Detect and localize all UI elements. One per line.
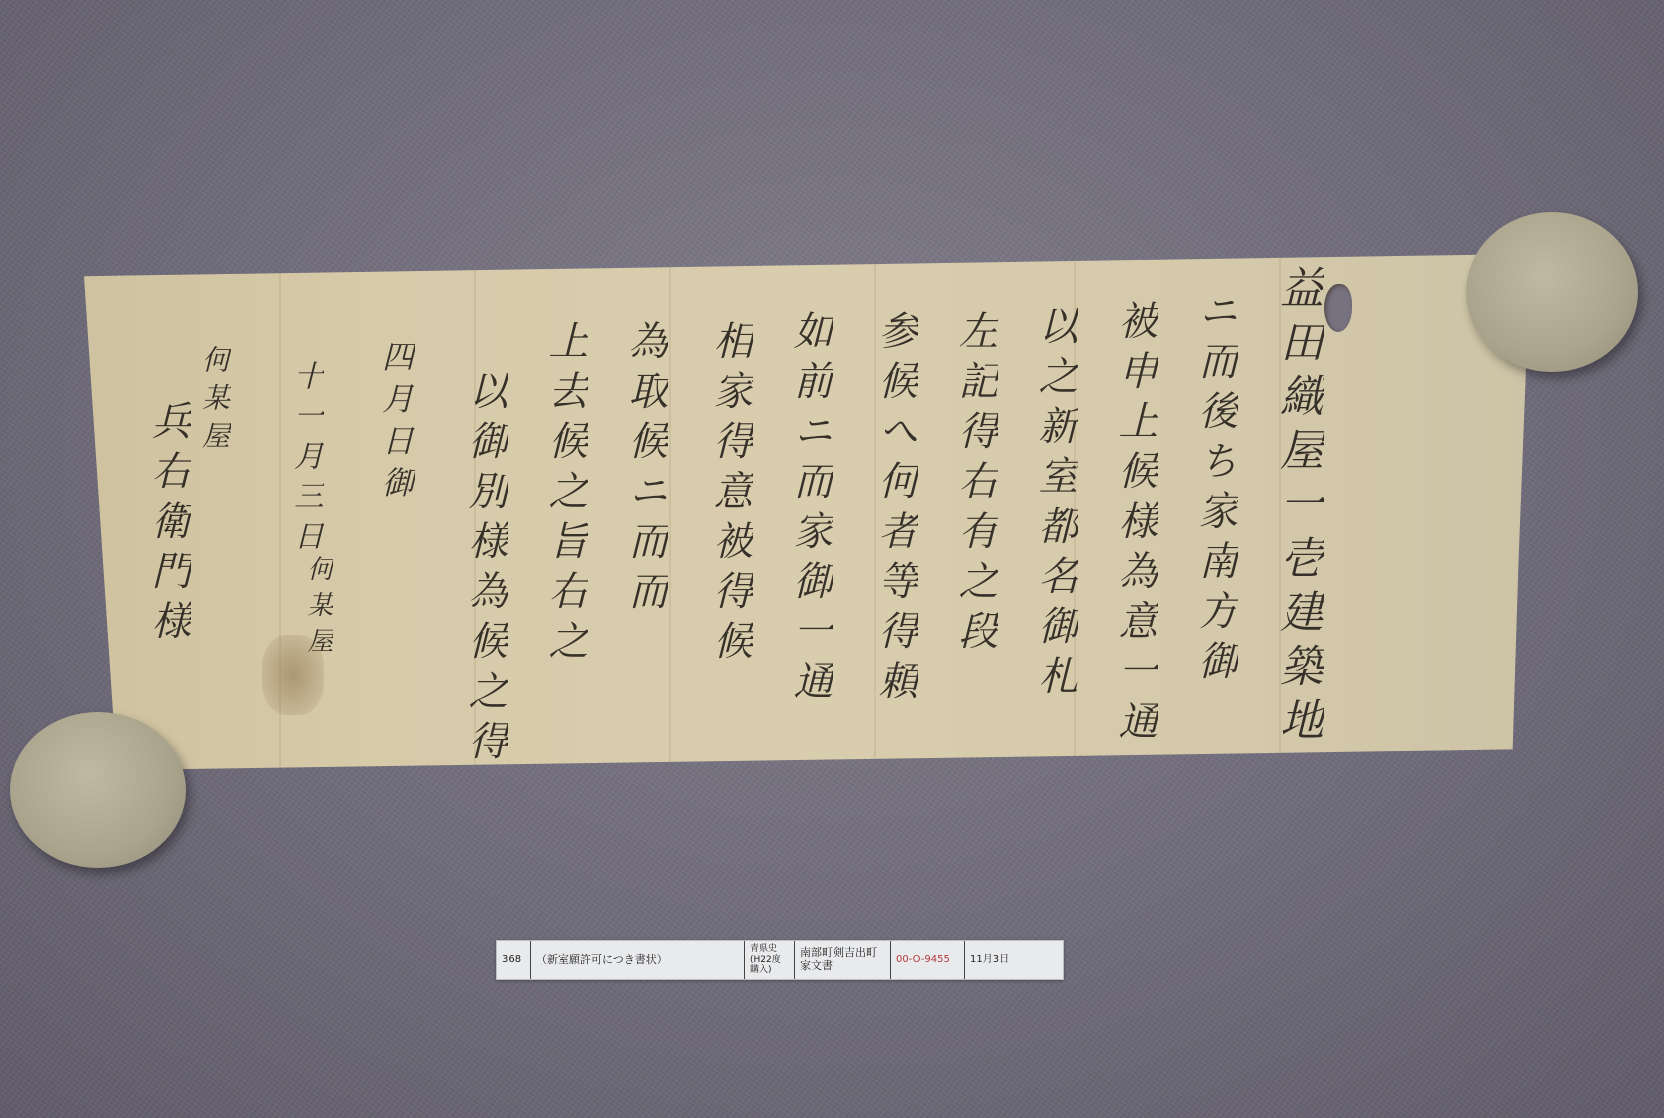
date-line: 十一月三日 [290, 360, 320, 560]
document-column: 左記得右有之段 [955, 310, 995, 660]
felt-weight-bottom-left[interactable] [10, 712, 186, 868]
document-column: 被申上候様為意一通 [1115, 300, 1155, 750]
addressee-title: 何某屋 [200, 345, 228, 459]
document-column: 為取候ニ而而 [625, 320, 665, 620]
label-title: （新室願許可につき書状） [531, 941, 745, 979]
document-column: 以御別様為候之得 [465, 370, 505, 770]
paper-hole [1324, 284, 1352, 332]
catalog-label: 368 （新室願許可につき書状） 青県史(H22度購入) 南部町剣吉出町家文書 … [496, 940, 1064, 980]
document-column: 益田織屋一壱建築地 [1275, 265, 1319, 751]
label-number: 368 [497, 941, 531, 979]
document-column: 如前ニ而家御一通 [790, 310, 830, 710]
label-date: 11月3日 [965, 941, 1063, 979]
label-source: 青県史(H22度購入) [745, 941, 795, 979]
document-column: 以之新室都名御札 [1035, 305, 1075, 705]
label-collection: 南部町剣吉出町家文書 [795, 941, 891, 979]
document-column: 参候へ何者等得頼 [875, 310, 915, 710]
paper-fold [669, 254, 671, 770]
label-catalog-id: 00-O-9455 [891, 941, 965, 979]
felt-weight-top-right[interactable] [1466, 212, 1638, 372]
ink-seal [262, 635, 324, 715]
document-column: 相家得意被得候 [710, 320, 750, 670]
addressee-name: 兵右衛門様 [148, 400, 188, 650]
document-column: 上去候之旨右之 [545, 320, 585, 670]
document-column: 四月日御 [380, 340, 412, 508]
document-column: ニ而後ち家南方御 [1195, 290, 1235, 690]
